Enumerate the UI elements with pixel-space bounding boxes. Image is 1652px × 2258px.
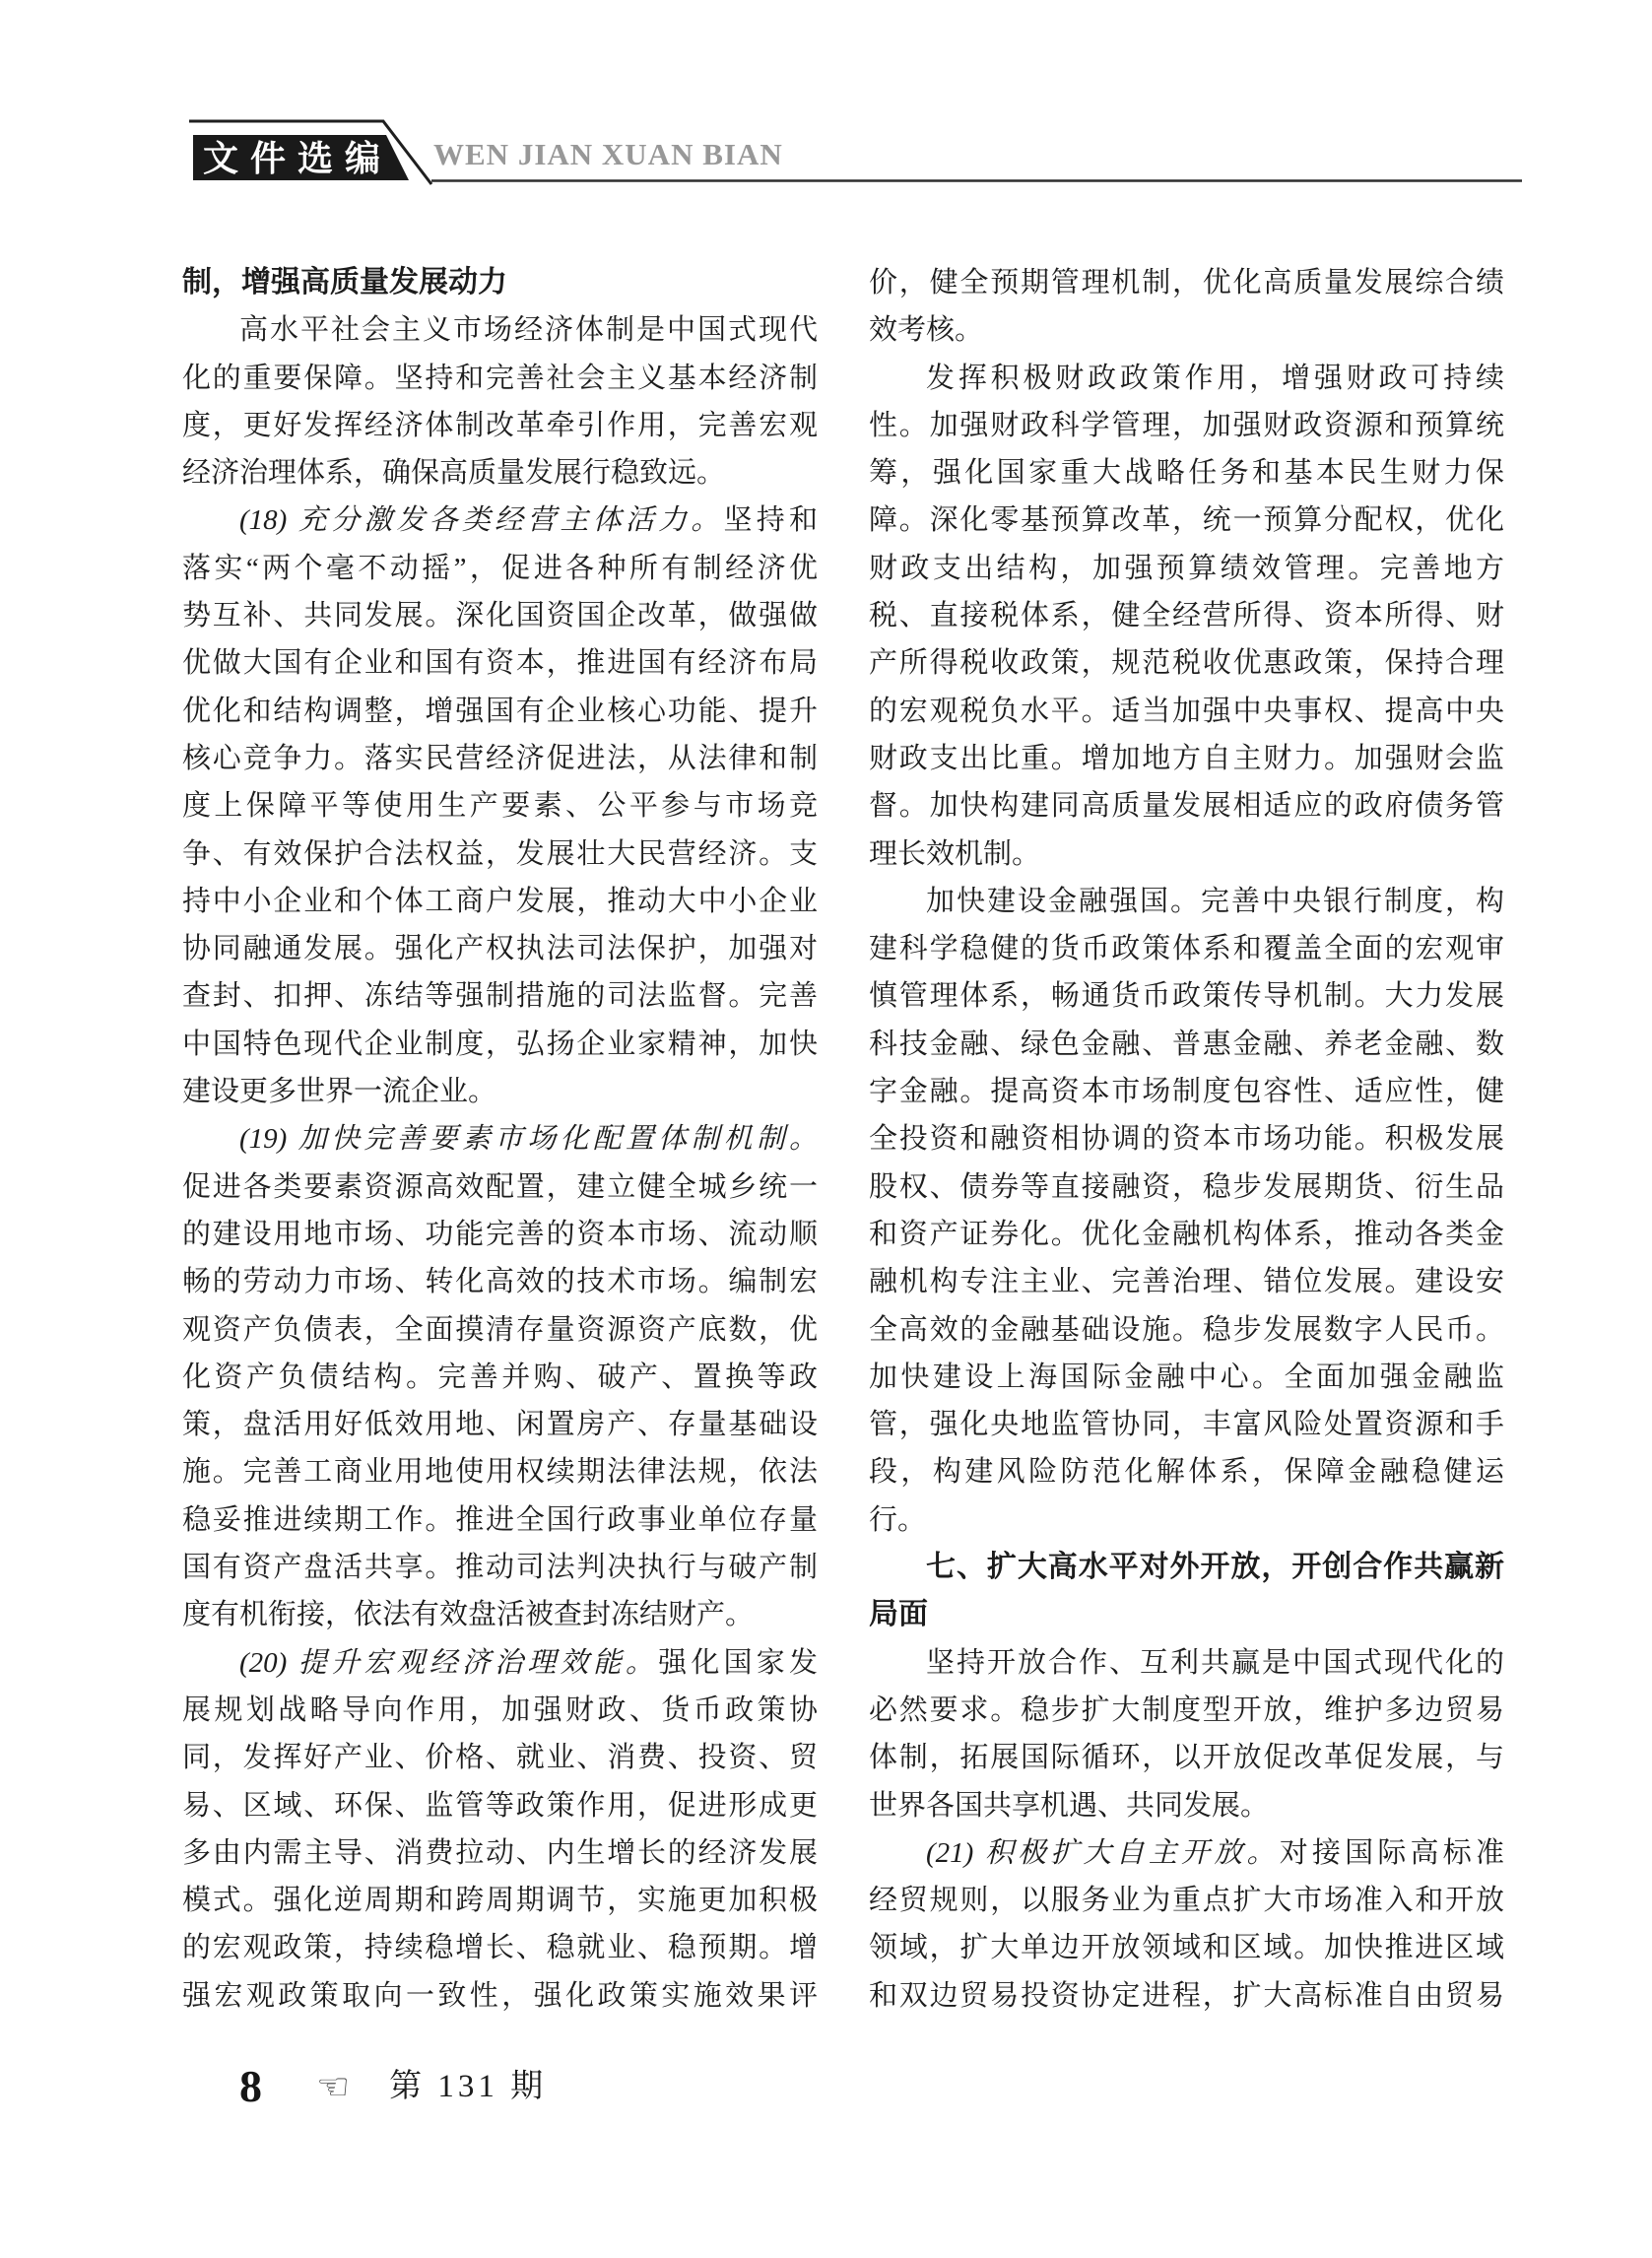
line-text: 多由内需主导、消费拉动、内生增长的经济发展 xyxy=(182,1837,818,1869)
text-line: 同，发挥好产业、价格、就业、消费、投资、贸 xyxy=(182,1734,818,1781)
text-line: 管，强化央地监管协同，丰富风险处置资源和手 xyxy=(869,1401,1504,1448)
text-line: 世界各国共享机遇、共同发展。 xyxy=(869,1782,1504,1829)
text-line: (19) 加快完善要素市场化配置体制机制。 xyxy=(182,1115,818,1162)
issue-label: 第 131 期 xyxy=(389,2057,547,2116)
line-text: 产所得税收政策，规范税收优惠政策，保持合理 xyxy=(869,647,1504,679)
line-text: 协同融通发展。强化产权执法司法保护，加强对 xyxy=(182,933,818,964)
text-line: 观资产负债表，全面摸清存量资源资产底数，优 xyxy=(182,1306,818,1354)
text-line: 优做大国有企业和国有资本，推进国有经济布局 xyxy=(182,639,818,687)
line-text: 障。深化零基预算改革，统一预算分配权，优化 xyxy=(869,504,1504,536)
text-line: 协同融通发展。强化产权执法司法保护，加强对 xyxy=(182,925,818,972)
text-line: 效考核。 xyxy=(869,306,1504,354)
line-text: 施。完善工商业用地使用权续期法律法规，依法 xyxy=(182,1456,818,1488)
line-text: 字金融。提高资本市场制度包容性、适应性，健 xyxy=(869,1076,1504,1107)
text-line: 化的重要保障。坚持和完善社会主义基本经济制 xyxy=(182,355,818,402)
text-line: 加快建设金融强国。完善中央银行制度，构 xyxy=(869,878,1504,925)
text-line: 理长效机制。 xyxy=(869,830,1504,878)
line-text: 科技金融、绿色金融、普惠金融、养老金融、数 xyxy=(869,1029,1504,1060)
kai-lead-text: (18) 充分激发各类经营主体活力。 xyxy=(239,504,724,536)
line-text: 查封、扣押、冻结等强制措施的司法监督。完善 xyxy=(182,980,818,1012)
line-text: 性。加强财政科学管理，加强财政资源和预算统 xyxy=(869,410,1504,441)
text-line: 争、有效保护合法权益，发展壮大民营经济。支 xyxy=(182,830,818,878)
text-line: 建科学稳健的货币政策体系和覆盖全面的宏观审 xyxy=(869,925,1504,972)
line-text: 税、直接税体系，健全经营所得、资本所得、财 xyxy=(869,600,1504,631)
line-text: 体制，拓展国际循环，以开放促改革促发展，与 xyxy=(869,1742,1504,1773)
text-line: 度上保障平等使用生产要素、公平参与市场竞 xyxy=(182,782,818,830)
kai-lead-text: (20) 提升宏观经济治理效能。 xyxy=(239,1647,658,1679)
left-column: 制，增强高质量发展动力高水平社会主义市场经济体制是中国式现代化的重要保障。坚持和… xyxy=(182,259,818,2020)
line-text: 稳妥推进续期工作。推进全国行政事业单位存量 xyxy=(182,1504,818,1536)
right-column: 价，健全预期管理机制，优化高质量发展综合绩效考核。发挥积极财政政策作用，增强财政… xyxy=(869,259,1504,2020)
text-line: 价，健全预期管理机制，优化高质量发展综合绩 xyxy=(869,259,1504,306)
document-page: 文件选编 WEN JIAN XUAN BIAN 制，增强高质量发展动力高水平社会… xyxy=(0,0,1652,2258)
text-line: 查封、扣押、冻结等强制措施的司法监督。完善 xyxy=(182,972,818,1020)
line-text: 持中小企业和个体工商户发展，推动大中小企业 xyxy=(182,886,818,917)
line-text: 强宏观政策取向一致性，强化政策实施效果评 xyxy=(182,1980,818,2012)
text-line: 融机构专注主业、完善治理、错位发展。建设安 xyxy=(869,1258,1504,1305)
text-line: 税、直接税体系，健全经营所得、资本所得、财 xyxy=(869,592,1504,639)
text-line: 障。深化零基预算改革，统一预算分配权，优化 xyxy=(869,497,1504,544)
line-text: 同，发挥好产业、价格、就业、消费、投资、贸 xyxy=(182,1742,818,1773)
line-text: 的宏观政策，持续稳增长、稳就业、稳预期。增 xyxy=(182,1932,818,1963)
page-footer: 8 ☜ 第 131 期 xyxy=(239,2057,547,2116)
text-line: 度有机衔接，依法有效盘活被查封冻结财产。 xyxy=(182,1591,818,1638)
text-line: 七、扩大高水平对外开放，开创合作共赢新 xyxy=(869,1544,1504,1591)
line-text: 和资产证券化。优化金融机构体系，推动各类金 xyxy=(869,1219,1504,1250)
text-line: 促进各类要素资源高效配置，建立健全城乡统一 xyxy=(182,1163,818,1211)
line-text: 国有资产盘活共享。推动司法判决执行与破产制 xyxy=(182,1552,818,1583)
line-text: 和双边贸易投资协定进程，扩大高标准自由贸易 xyxy=(869,1980,1504,2012)
text-line: 落实“两个毫不动摇”，促进各种所有制经济优 xyxy=(182,545,818,592)
line-text: 核心竞争力。落实民营经济促进法，从法律和制 xyxy=(182,743,818,774)
text-line: 领域，扩大单边开放领域和区域。加快推进区域 xyxy=(869,1924,1504,1971)
text-line: 畅的劳动力市场、转化高效的技术市场。编制宏 xyxy=(182,1258,818,1305)
line-text: 理长效机制。 xyxy=(869,838,1040,870)
pointing-hand-icon: ☜ xyxy=(316,2057,350,2116)
text-line: 必然要求。稳步扩大制度型开放，维护多边贸易 xyxy=(869,1687,1504,1734)
line-text: 化资产负债结构。完善并购、破产、置换等政 xyxy=(182,1361,818,1393)
line-text: 强化国家发 xyxy=(658,1647,818,1679)
line-text: 畅的劳动力市场、转化高效的技术市场。编制宏 xyxy=(182,1266,818,1297)
text-line: 行。 xyxy=(869,1496,1504,1544)
text-line: 持中小企业和个体工商户发展，推动大中小企业 xyxy=(182,878,818,925)
line-text: 度有机衔接，依法有效盘活被查封冻结财产。 xyxy=(182,1599,754,1630)
text-line: 优化和结构调整，增强国有企业核心功能、提升 xyxy=(182,688,818,735)
line-text: 中国特色现代企业制度，弘扬企业家精神，加快 xyxy=(182,1029,818,1060)
text-line: 经贸规则，以服务业为重点扩大市场准入和开放 xyxy=(869,1877,1504,1924)
text-line: 字金融。提高资本市场制度包容性、适应性，健 xyxy=(869,1068,1504,1115)
line-text: 制，增强高质量发展动力 xyxy=(182,266,507,299)
text-line: 发挥积极财政政策作用，增强财政可持续 xyxy=(869,355,1504,402)
line-text: 化的重要保障。坚持和完善社会主义基本经济制 xyxy=(182,363,818,394)
line-text: 行。 xyxy=(869,1504,926,1536)
line-text: 优化和结构调整，增强国有企业核心功能、提升 xyxy=(182,696,818,727)
text-line: 的建设用地市场、功能完善的资本市场、流动顺 xyxy=(182,1211,818,1258)
text-line: 段，构建风险防范化解体系，保障金融稳健运 xyxy=(869,1448,1504,1495)
line-text: 坚持开放合作、互利共赢是中国式现代化的 xyxy=(926,1647,1504,1679)
text-line: 高水平社会主义市场经济体制是中国式现代 xyxy=(182,306,818,354)
line-text: 势互补、共同发展。深化国资国企改革，做强做 xyxy=(182,600,818,631)
text-line: 筹，强化国家重大战略任务和基本民生财力保 xyxy=(869,449,1504,497)
text-line: 产所得税收政策，规范税收优惠政策，保持合理 xyxy=(869,639,1504,687)
line-text: 度上保障平等使用生产要素、公平参与市场竞 xyxy=(182,790,818,822)
text-line: (21) 积极扩大自主开放。对接国际高标准 xyxy=(869,1829,1504,1877)
line-text: 争、有效保护合法权益，发展壮大民营经济。支 xyxy=(182,838,818,870)
text-line: 度，更好发挥经济体制改革牵引作用，完善宏观 xyxy=(182,402,818,449)
line-text: 度，更好发挥经济体制改革牵引作用，完善宏观 xyxy=(182,410,818,441)
line-text: 高水平社会主义市场经济体制是中国式现代 xyxy=(239,314,818,346)
text-line: 慎管理体系，畅通货币政策传导机制。大力发展 xyxy=(869,972,1504,1020)
line-text: 七、扩大高水平对外开放，开创合作共赢新 xyxy=(926,1551,1504,1583)
text-line: 和资产证券化。优化金融机构体系，推动各类金 xyxy=(869,1211,1504,1258)
text-line: 全投资和融资相协调的资本市场功能。积极发展 xyxy=(869,1115,1504,1162)
line-text: 财政支出比重。增加地方自主财力。加强财会监 xyxy=(869,743,1504,774)
kai-lead-text: (21) 积极扩大自主开放。 xyxy=(926,1837,1280,1869)
text-line: (20) 提升宏观经济治理效能。强化国家发 xyxy=(182,1639,818,1687)
text-line: (18) 充分激发各类经营主体活力。坚持和 xyxy=(182,497,818,544)
line-text: 慎管理体系，畅通货币政策传导机制。大力发展 xyxy=(869,980,1504,1012)
line-text: 全高效的金融基础设施。稳步发展数字人民币。 xyxy=(869,1314,1504,1346)
text-line: 建设更多世界一流企业。 xyxy=(182,1068,818,1115)
line-text: 加快建设金融强国。完善中央银行制度，构 xyxy=(926,886,1504,917)
text-line: 多由内需主导、消费拉动、内生增长的经济发展 xyxy=(182,1829,818,1877)
line-text: 融机构专注主业、完善治理、错位发展。建设安 xyxy=(869,1266,1504,1297)
text-line: 的宏观税负水平。适当加强中央事权、提高中央 xyxy=(869,688,1504,735)
line-text: 坚持和 xyxy=(724,504,818,536)
text-line: 稳妥推进续期工作。推进全国行政事业单位存量 xyxy=(182,1496,818,1544)
text-line: 易、区域、环保、监管等政策作用，促进形成更 xyxy=(182,1782,818,1829)
text-line: 强宏观政策取向一致性，强化政策实施效果评 xyxy=(182,1972,818,2020)
text-line: 模式。强化逆周期和跨周期调节，实施更加积极 xyxy=(182,1877,818,1924)
text-line: 财政支出比重。增加地方自主财力。加强财会监 xyxy=(869,735,1504,782)
text-line: 经济治理体系，确保高质量发展行稳致远。 xyxy=(182,449,818,497)
line-text: 价，健全预期管理机制，优化高质量发展综合绩 xyxy=(869,267,1504,299)
line-text: 局面 xyxy=(869,1598,928,1630)
line-text: 的建设用地市场、功能完善的资本市场、流动顺 xyxy=(182,1219,818,1250)
line-text: 经济治理体系，确保高质量发展行稳致远。 xyxy=(182,457,725,489)
line-text: 世界各国共享机遇、共同发展。 xyxy=(869,1790,1269,1822)
text-line: 全高效的金融基础设施。稳步发展数字人民币。 xyxy=(869,1306,1504,1354)
line-text: 落实“两个毫不动摇”，促进各种所有制经济优 xyxy=(182,553,818,584)
text-line: 策，盘活用好低效用地、闲置房产、存量基础设 xyxy=(182,1401,818,1448)
text-line: 的宏观政策，持续稳增长、稳就业、稳预期。增 xyxy=(182,1924,818,1971)
line-text: 发挥积极财政政策作用，增强财政可持续 xyxy=(926,363,1504,394)
line-text: 财政支出结构，加强预算绩效管理。完善地方 xyxy=(869,553,1504,584)
text-line: 国有资产盘活共享。推动司法判决执行与破产制 xyxy=(182,1544,818,1591)
line-text: 策，盘活用好低效用地、闲置房产、存量基础设 xyxy=(182,1409,818,1440)
line-text: 展规划战略导向作用，加强财政、货币政策协 xyxy=(182,1694,818,1726)
line-text: 模式。强化逆周期和跨周期调节，实施更加积极 xyxy=(182,1885,818,1916)
text-line: 化资产负债结构。完善并购、破产、置换等政 xyxy=(182,1354,818,1401)
line-text: 筹，强化国家重大战略任务和基本民生财力保 xyxy=(869,457,1504,489)
text-line: 财政支出结构，加强预算绩效管理。完善地方 xyxy=(869,545,1504,592)
text-line: 核心竞争力。落实民营经济促进法，从法律和制 xyxy=(182,735,818,782)
line-text: 对接国际高标准 xyxy=(1280,1837,1504,1869)
text-line: 督。加快构建同高质量发展相适应的政府债务管 xyxy=(869,782,1504,830)
header-banner-title: 文件选编 xyxy=(203,138,392,179)
line-text: 股权、债券等直接融资，稳步发展期货、衍生品 xyxy=(869,1171,1504,1203)
page-number: 8 xyxy=(239,2057,262,2116)
line-text: 管，强化央地监管协同，丰富风险处置资源和手 xyxy=(869,1409,1504,1440)
text-line: 展规划战略导向作用，加强财政、货币政策协 xyxy=(182,1687,818,1734)
text-line: 加快建设上海国际金融中心。全面加强金融监 xyxy=(869,1354,1504,1401)
line-text: 效考核。 xyxy=(869,314,983,346)
line-text: 督。加快构建同高质量发展相适应的政府债务管 xyxy=(869,790,1504,822)
text-line: 体制，拓展国际循环，以开放促改革促发展，与 xyxy=(869,1734,1504,1781)
text-line: 中国特色现代企业制度，弘扬企业家精神，加快 xyxy=(182,1021,818,1068)
line-text: 经贸规则，以服务业为重点扩大市场准入和开放 xyxy=(869,1885,1504,1916)
line-text: 领域，扩大单边开放领域和区域。加快推进区域 xyxy=(869,1932,1504,1963)
header-pinyin-title: WEN JIAN XUAN BIAN xyxy=(433,139,783,172)
text-line: 坚持开放合作、互利共赢是中国式现代化的 xyxy=(869,1639,1504,1687)
line-text: 易、区域、环保、监管等政策作用，促进形成更 xyxy=(182,1790,818,1822)
line-text: 观资产负债表，全面摸清存量资源资产底数，优 xyxy=(182,1314,818,1346)
line-text: 段，构建风险防范化解体系，保障金融稳健运 xyxy=(869,1456,1504,1488)
text-line: 势互补、共同发展。深化国资国企改革，做强做 xyxy=(182,592,818,639)
line-text: 促进各类要素资源高效配置，建立健全城乡统一 xyxy=(182,1171,818,1203)
line-text: 建科学稳健的货币政策体系和覆盖全面的宏观审 xyxy=(869,933,1504,964)
text-line: 性。加强财政科学管理，加强财政资源和预算统 xyxy=(869,402,1504,449)
text-line: 制，增强高质量发展动力 xyxy=(182,259,818,306)
line-text: 建设更多世界一流企业。 xyxy=(182,1076,496,1107)
line-text: 优做大国有企业和国有资本，推进国有经济布局 xyxy=(182,647,818,679)
text-line: 局面 xyxy=(869,1591,1504,1638)
line-text: 全投资和融资相协调的资本市场功能。积极发展 xyxy=(869,1123,1504,1155)
text-line: 科技金融、绿色金融、普惠金融、养老金融、数 xyxy=(869,1021,1504,1068)
text-line: 股权、债券等直接融资，稳步发展期货、衍生品 xyxy=(869,1163,1504,1211)
line-text: 的宏观税负水平。适当加强中央事权、提高中央 xyxy=(869,696,1504,727)
line-text: 必然要求。稳步扩大制度型开放，维护多边贸易 xyxy=(869,1694,1504,1726)
line-text: 加快建设上海国际金融中心。全面加强金融监 xyxy=(869,1361,1504,1393)
kai-lead-text: (19) 加快完善要素市场化配置体制机制。 xyxy=(239,1123,818,1155)
text-line: 施。完善工商业用地使用权续期法律法规，依法 xyxy=(182,1448,818,1495)
text-line: 和双边贸易投资协定进程，扩大高标准自由贸易 xyxy=(869,1972,1504,2020)
